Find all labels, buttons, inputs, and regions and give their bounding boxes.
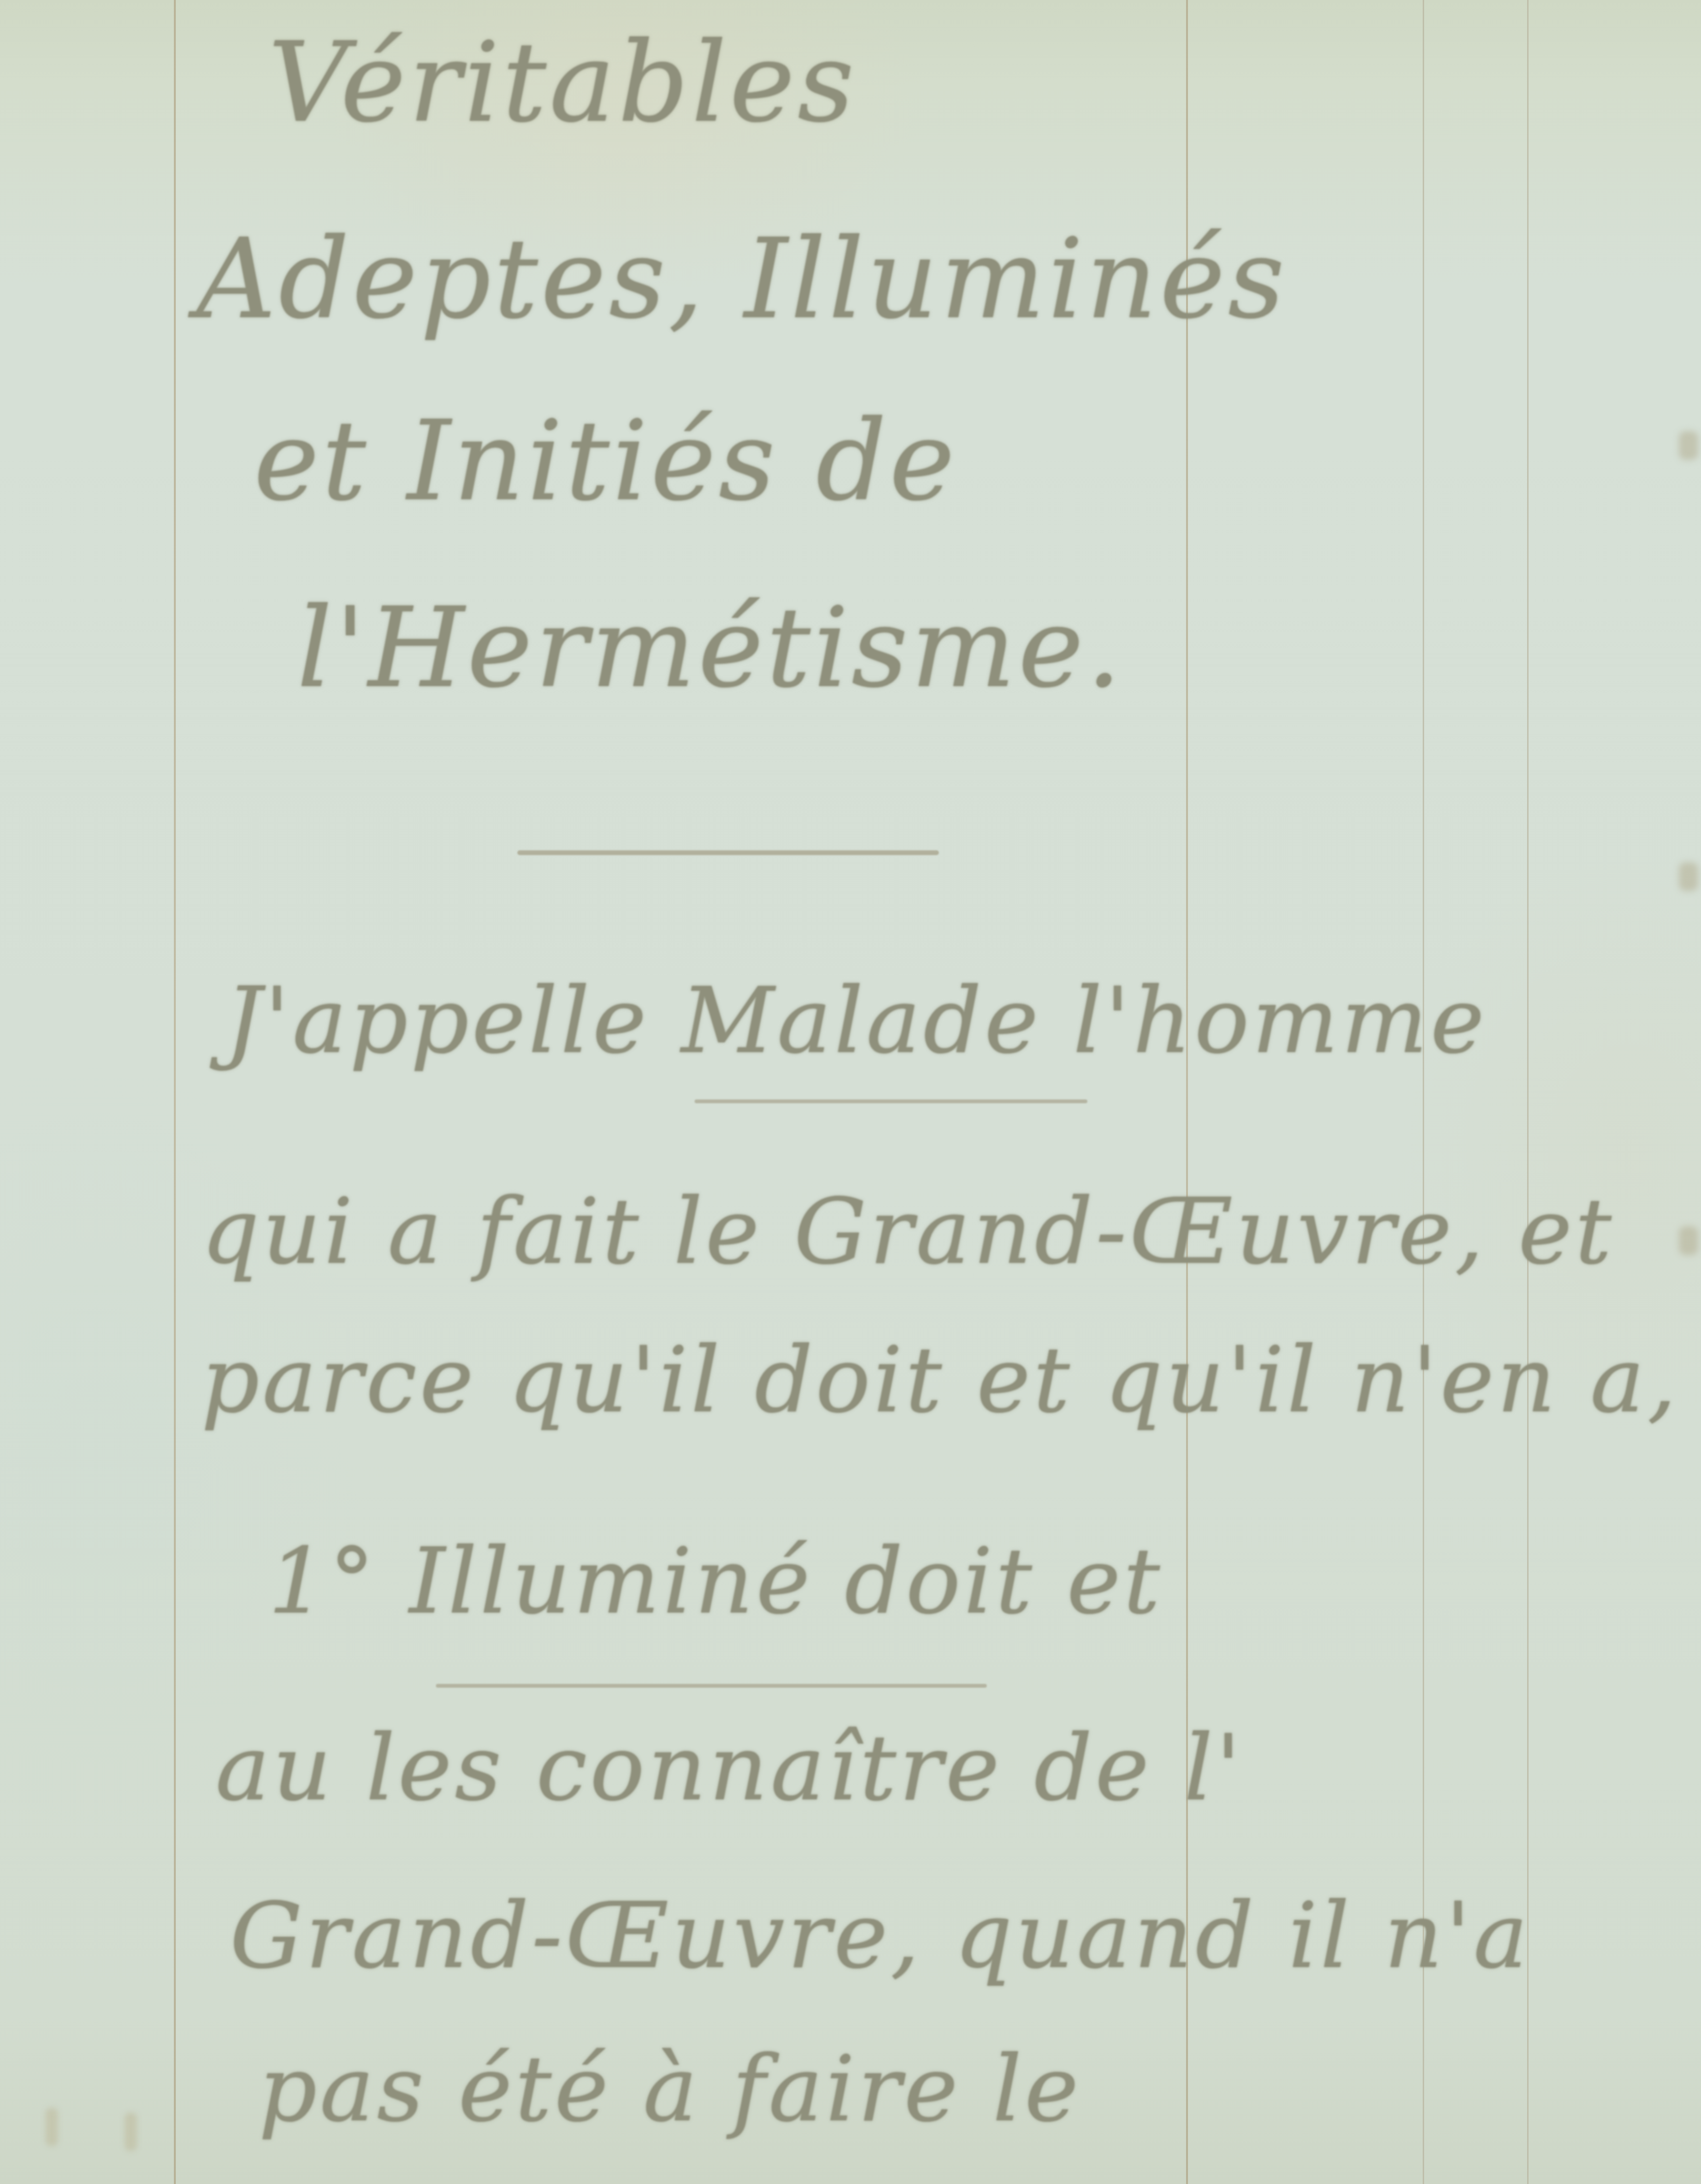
paragraph-2-line-1: 1° Illuminé doit et: [268, 1528, 1163, 1634]
left-margin-rule: [174, 0, 176, 2184]
paragraph-2-line-4: pas été à faire le: [259, 2036, 1081, 2142]
title-line-3: et Initiés de: [254, 398, 958, 526]
paragraph-2-line-2: au les connaître de l': [216, 1715, 1244, 1821]
paragraph-1-line-2: qui a fait le Grand-Œuvre, et: [201, 1178, 1614, 1284]
title-line-2: Adeptes, Illuminés: [196, 216, 1288, 343]
edge-smudge: [1679, 431, 1698, 460]
paragraph-1-line-1: J'appelle Malade l'homme: [225, 968, 1487, 1074]
title-line-4: l'Hermétisme.: [297, 584, 1124, 712]
margin-smudge: [46, 2108, 58, 2146]
column-rule-3: [1527, 0, 1529, 2184]
title-line-1: Véritables: [268, 19, 857, 147]
column-rule-2: [1423, 0, 1424, 2184]
edge-smudge: [1679, 1226, 1698, 1255]
title-separator-rule: [517, 850, 939, 855]
paragraph-2-line-3: Grand-Œuvre, quand il n'a: [230, 1883, 1530, 1989]
edge-smudge: [1679, 862, 1698, 891]
margin-smudge: [125, 2113, 137, 2151]
underline-illumine: [436, 1684, 987, 1688]
paragraph-1-line-3: parce qu'il doit et qu'il n'en a,: [201, 1327, 1679, 1433]
underline-malade: [695, 1099, 1087, 1103]
